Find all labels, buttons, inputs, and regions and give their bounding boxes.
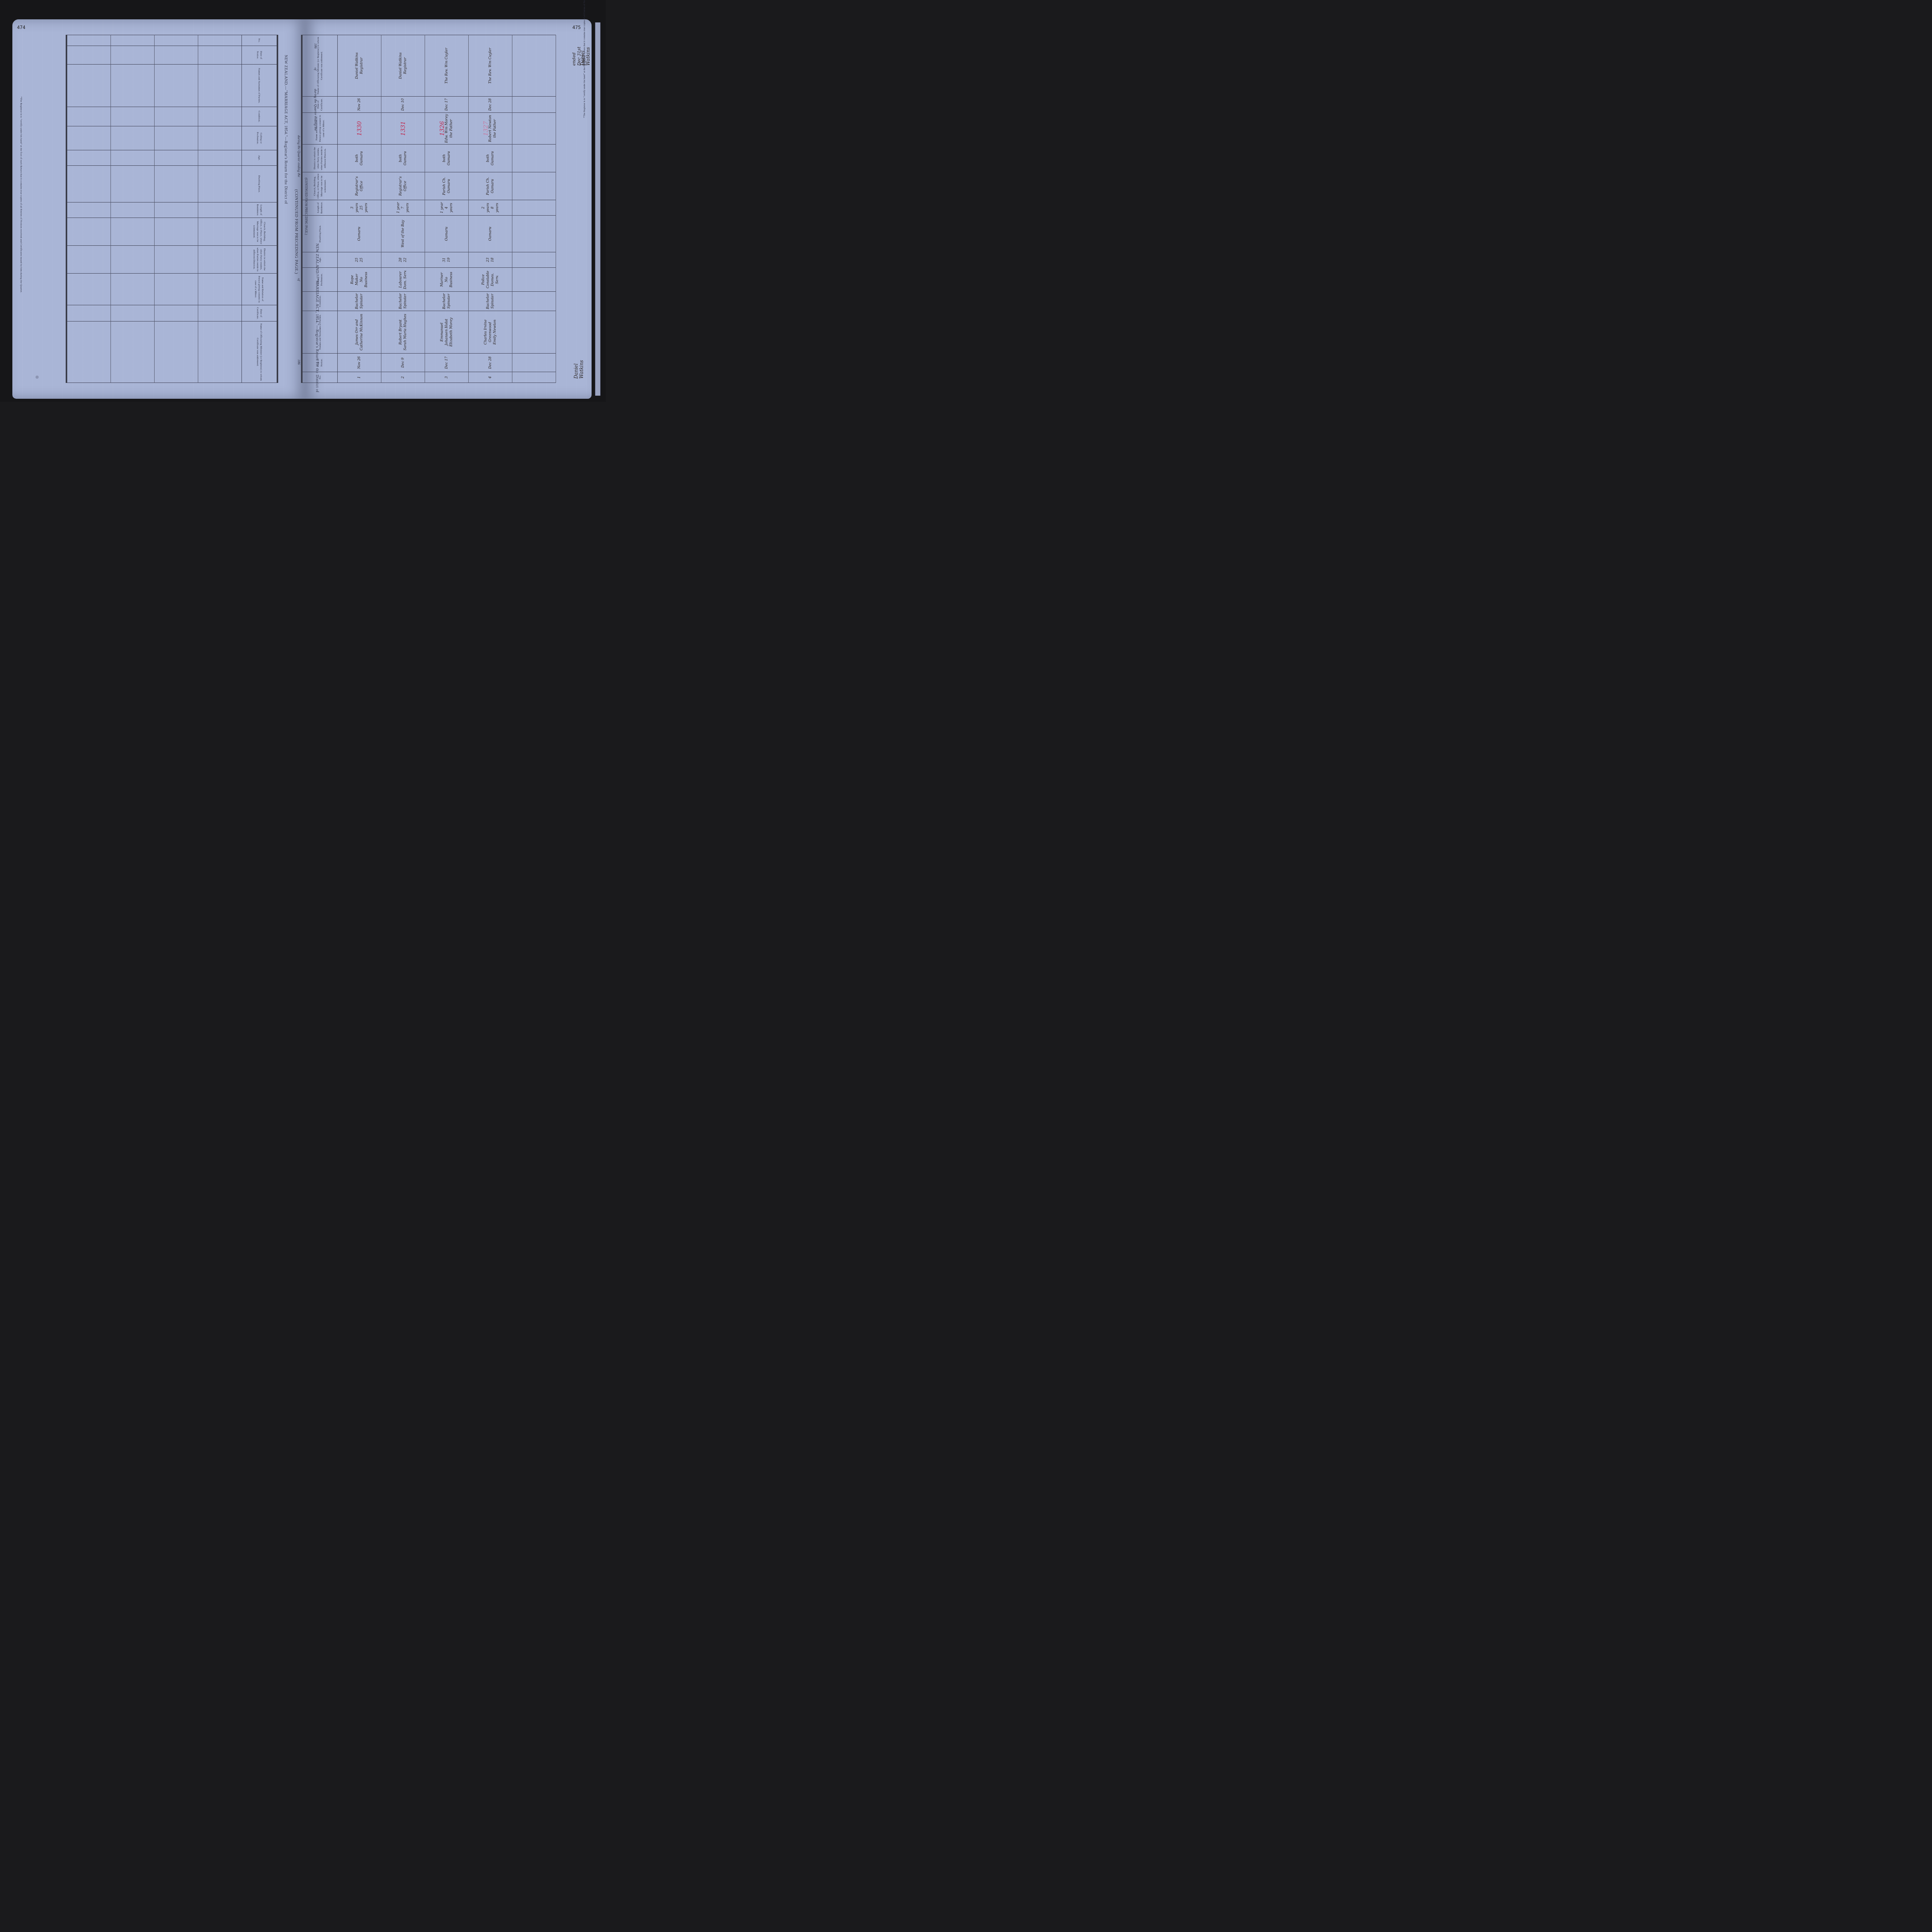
church: Registrar'sOffice [381, 172, 425, 200]
officiating-minister: The Rev. Wm Cuyler [425, 35, 469, 97]
date-of-notice: Dec 17 [425, 354, 469, 372]
consent: 1331 [381, 113, 425, 145]
profession: MarinerNo Business [425, 268, 469, 292]
col-header-condition: Condition. [242, 107, 278, 126]
col-header-residence: Length of Residence. [242, 202, 278, 218]
district: bothOamaru [469, 145, 512, 172]
dwelling-place: Oamaru [425, 216, 469, 252]
ledger-book: 474 NEW ZEALAND.—"MARRIAGE ACT, 1854."—R… [0, 0, 606, 402]
col-header-consent: Name and Relation of Person giving conse… [302, 113, 338, 145]
col-header-district: District in which the other Party reside… [302, 145, 338, 172]
consent: 1330 [338, 113, 381, 145]
col-header-names: Names and Surnames of Parties. [242, 65, 278, 107]
page-edges [595, 22, 600, 396]
left-form-title: NEW ZEALAND.—"MARRIAGE ACT, 1854."—Regis… [284, 55, 288, 204]
party-names: Robert BryantSarah Maria Hughes [381, 311, 425, 354]
entry-number: 3 [425, 372, 469, 383]
length-of-residence: 1 year7 years [381, 200, 425, 216]
party-names: Charles IrvineGreenwoodEmily Newton [469, 311, 512, 354]
red-reference-number: 1331 [401, 114, 405, 143]
dwelling-place: Oamaru [469, 216, 512, 252]
col-header-dwelling: Dwelling Place. [242, 166, 278, 202]
age: 2318 [469, 252, 512, 268]
blank-row [155, 35, 198, 383]
table-row: 2 Dec 9 Robert BryantSarah Maria Hughes … [381, 35, 425, 383]
certify-signature: Daniel Watkins [573, 360, 584, 379]
col-header-no: No. [302, 372, 338, 383]
right-header-row: No. Date of Notice. Names and Surnames o… [302, 35, 338, 383]
col-header-dwelling: Dwelling Place. [302, 216, 338, 252]
condition: BachelorSpinster [338, 292, 381, 311]
certificate-date: Dec 17 [425, 97, 469, 113]
right-ledger-grid: No. Date of Notice. Names and Surnames o… [301, 35, 556, 383]
certificate-date: Nov 26 [338, 97, 381, 113]
blank-row [111, 35, 155, 383]
age: 2822 [381, 252, 425, 268]
table-row: 3 Dec 17 EmmanuelJohansen HolstElizabeth… [425, 35, 469, 383]
left-ledger-table: No. Date of Notice. Names and Surnames o… [53, 35, 278, 383]
red-reference-number: 1326 [440, 114, 444, 143]
right-page: 475 NEW ZEALAND.—"MARRIAGE ACT, 1854."—R… [305, 19, 592, 399]
left-continued-label: (CONTINUED FROM PRECEDING PAGE.) [294, 189, 299, 274]
col-header-residence: Length of Residence. [302, 200, 338, 216]
col-header-no: No. [242, 35, 278, 46]
length-of-residence: 3 years25 years [338, 200, 381, 216]
district: bothOamaru [338, 145, 381, 172]
col-header-date-notice: Date of Notice. [242, 46, 278, 65]
col-header-church: Church, Building, Office, or Place, wher… [242, 218, 278, 246]
church: Registrar'sOffice [338, 172, 381, 200]
col-header-names: Names and Surnames of Parties. [302, 311, 338, 354]
col-header-cert-date: Date of Certificate. [302, 97, 338, 113]
age: 3119 [425, 252, 469, 268]
left-footnote: *The Registrar is to "certify under his … [20, 97, 23, 293]
district: bothOamaru [425, 145, 469, 172]
left-footer-rule [53, 35, 66, 383]
col-header-age: Age. [242, 150, 278, 166]
condition: BachelorSpinster [425, 292, 469, 311]
col-header-district: District in which the other Party reside… [242, 246, 278, 274]
col-header-minister: Name of Officiating Minister (or Registr… [242, 321, 278, 383]
col-header-profession: Calling or Profession. [242, 126, 278, 150]
officiating-minister: Daniel WatkinsRegistrar [338, 35, 381, 97]
consent: 1327Robert Newtonthe Father [469, 113, 512, 145]
left-page-number: 474 [17, 25, 26, 30]
length-of-residence: 1 year4 years [425, 200, 469, 216]
party-names: EmmanuelJohansen HolstElizabeth Morey [425, 311, 469, 354]
party-names: James Orr andCatherine McKinnon [338, 311, 381, 354]
col-header-consent: Name and Relation of Person giving conse… [242, 274, 278, 305]
table-row: 1 Nov 26 James Orr andCatherine McKinnon… [338, 35, 381, 383]
profession: LabourerDom. Serv. [381, 268, 425, 292]
right-page-number: 475 [572, 25, 581, 30]
date-of-notice: Dec 9 [381, 354, 425, 372]
col-header-church: Church, Building, Office, or Place, wher… [302, 172, 338, 200]
table-row: 4 Dec 28 Charles IrvineGreenwoodEmily Ne… [469, 35, 512, 383]
consent: 1326Edw. Wm Moreythe Father [425, 113, 469, 145]
condition: BachelorSpinster [381, 292, 425, 311]
condition: BachelorSpinster [469, 292, 512, 311]
col-header-cert-date: Date of Certificate. [242, 305, 278, 321]
entry-number: 4 [469, 372, 512, 383]
certificate-date: Dec 10 [381, 97, 425, 113]
length-of-residence: 2 years8 years [469, 200, 512, 216]
left-year-prefix: 186 [297, 359, 301, 365]
age: 2525 [338, 252, 381, 268]
church: Parish Ch.Oamaru [469, 172, 512, 200]
left-of-label: of [297, 278, 301, 281]
dwelling-place: West of the Bay [381, 216, 425, 252]
red-reference-number: 1330 [357, 114, 362, 143]
col-header-profession: Calling or Profession. [302, 268, 338, 292]
blank-row [66, 35, 111, 383]
dwelling-place: Oamaru [338, 216, 381, 252]
church: Parish Ch.Oamaru [425, 172, 469, 200]
col-header-condition: Condition. [302, 292, 338, 311]
officiating-minister: The Rev. Wm Cuyler [469, 35, 512, 97]
col-header-minister: Name of Officiating Minister (or Registr… [302, 35, 338, 97]
certificate-date: Dec 28 [469, 97, 512, 113]
red-reference-number: 1327 [483, 114, 488, 143]
right-footnote: *The Registrar is to "certify under his … [583, 0, 586, 118]
profession: Rope MakerNo Business [338, 268, 381, 292]
left-quarter-label: during the Quarter ending the [297, 135, 301, 177]
left-page: 474 NEW ZEALAND.—"MARRIAGE ACT, 1854."—R… [12, 19, 305, 399]
district: bothOamaru [381, 145, 425, 172]
entry-number: 1 [338, 372, 381, 383]
profession: Police ConstableDomes. Serv. [469, 268, 512, 292]
binding-hole [36, 376, 39, 379]
date-of-notice: Dec 28 [469, 354, 512, 372]
date-of-notice: Nov 26 [338, 354, 381, 372]
entry-number: 2 [381, 372, 425, 383]
col-header-date-notice: Date of Notice. [302, 354, 338, 372]
left-form-title-block: NEW ZEALAND.—"MARRIAGE ACT, 1854."—Regis… [283, 55, 290, 204]
blank-row [512, 35, 556, 383]
officiating-minister: Daniel WatkinsRegistrar [381, 35, 425, 97]
left-header-row: No. Date of Notice. Names and Surnames o… [242, 35, 278, 383]
blank-row [198, 35, 242, 383]
col-header-age: Age. [302, 252, 338, 268]
